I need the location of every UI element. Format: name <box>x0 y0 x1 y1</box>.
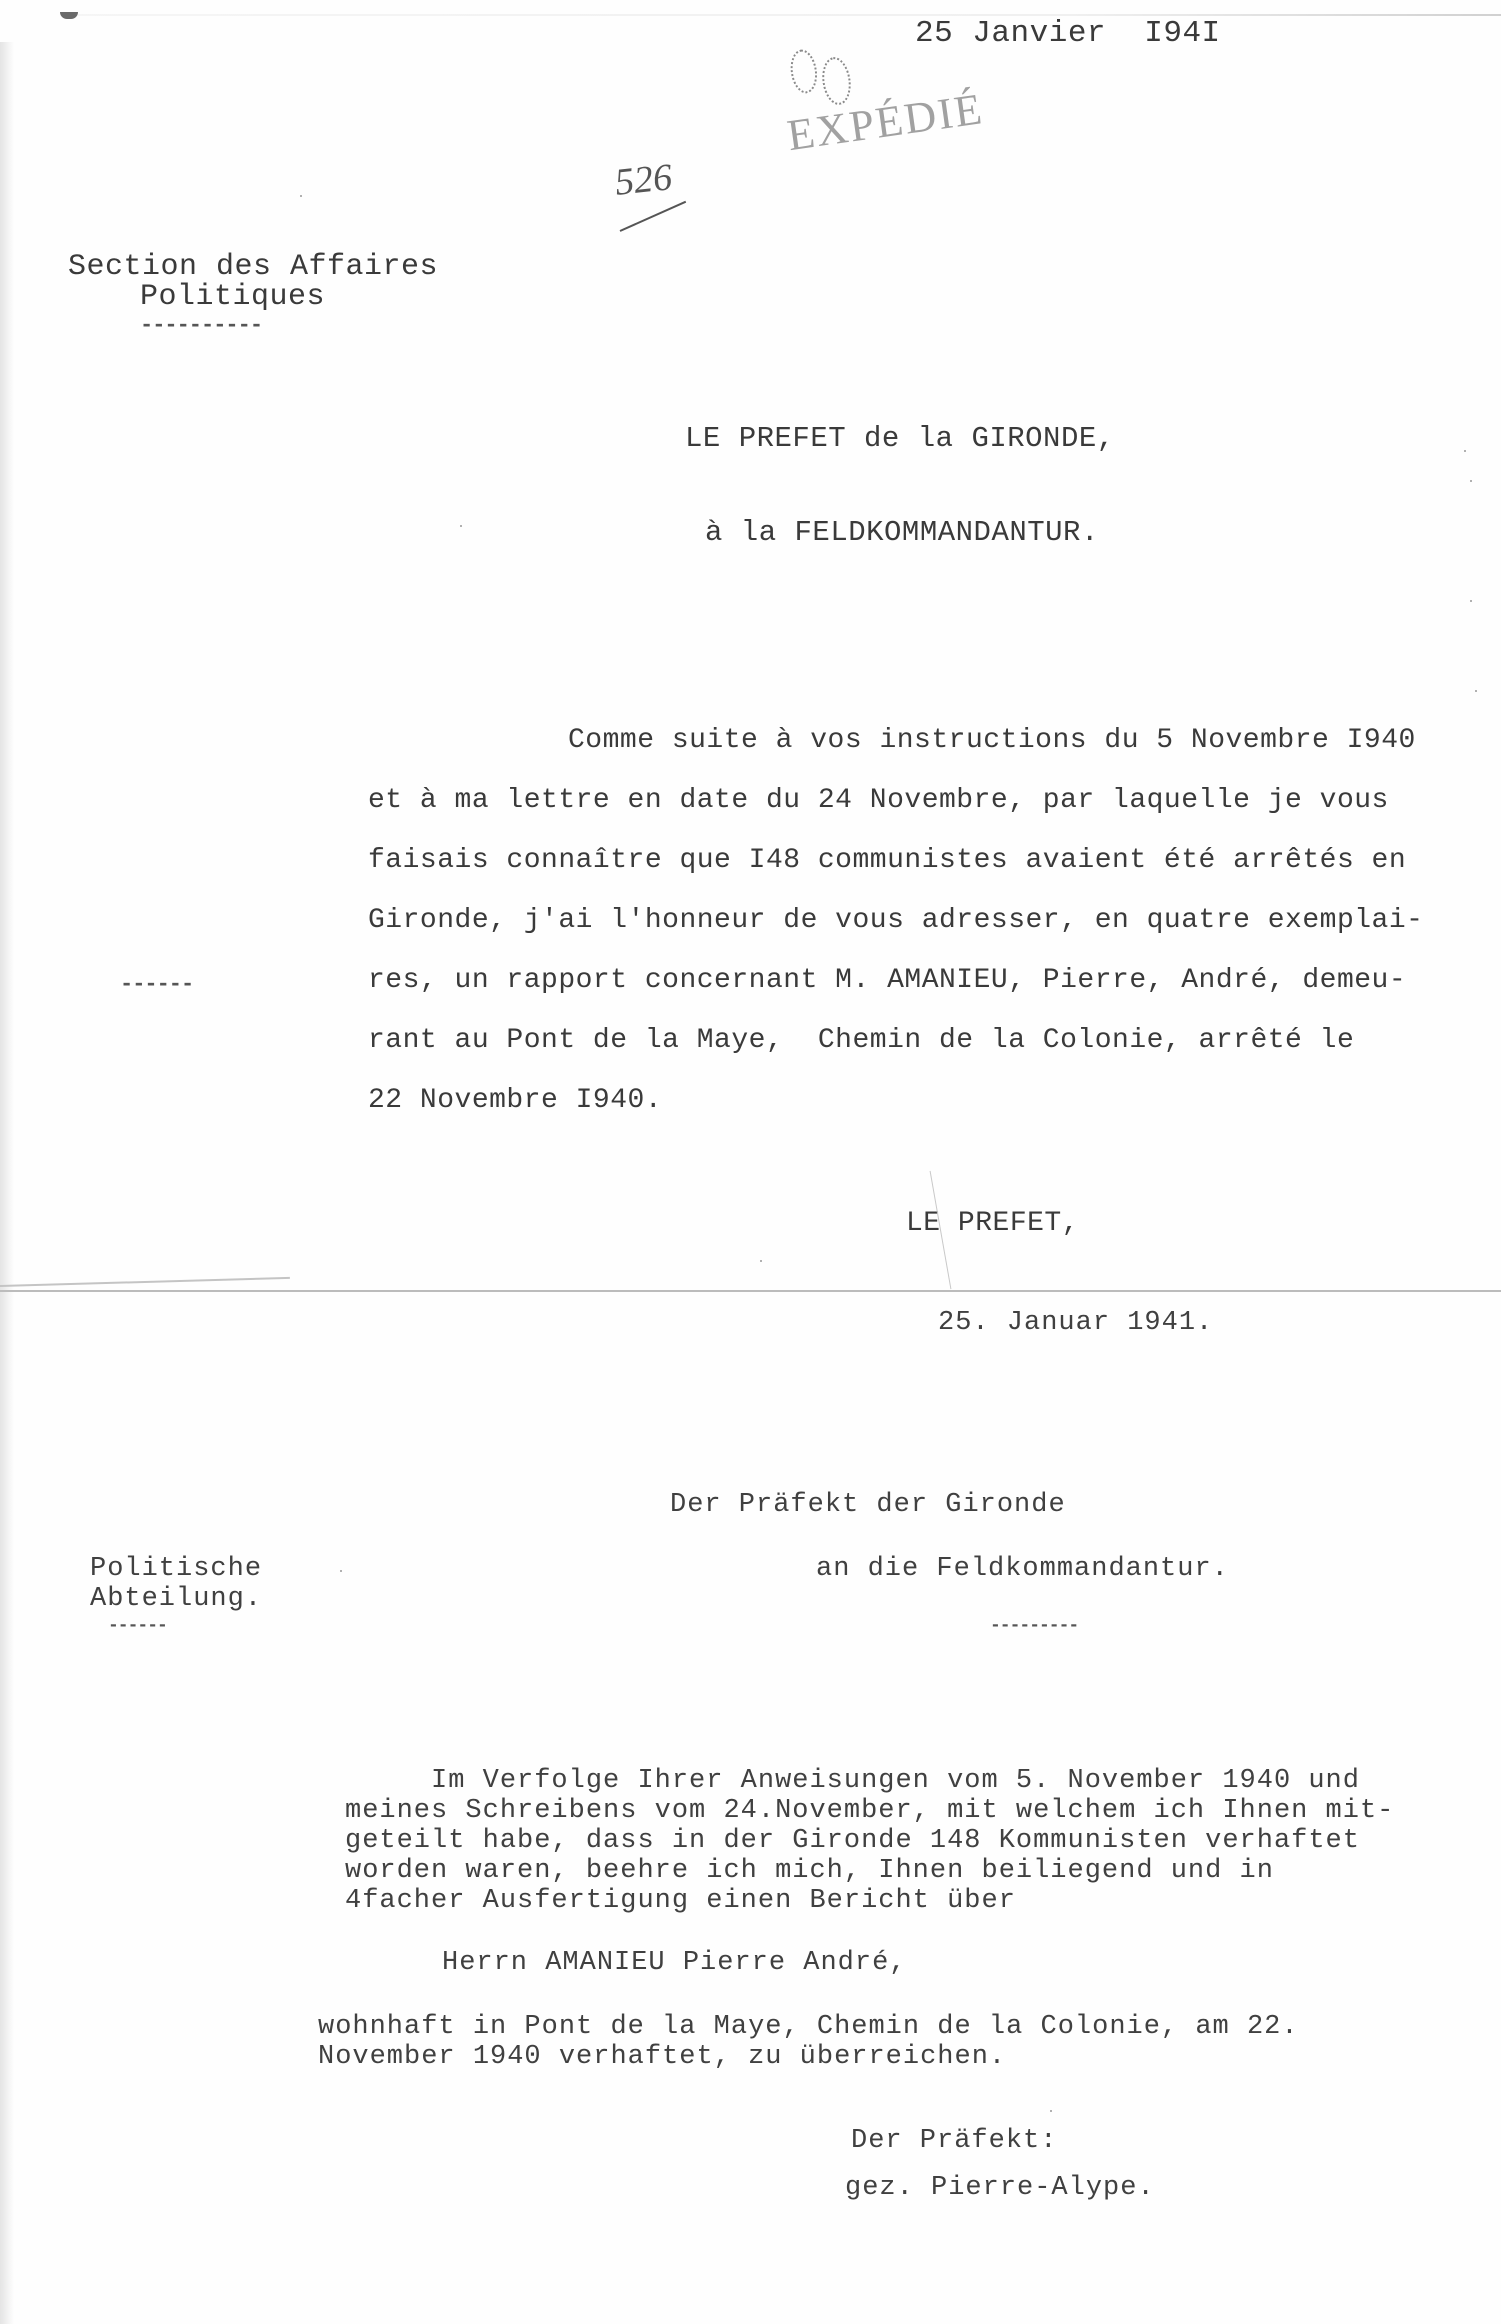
french-body-line: faisais connaître que I48 communistes av… <box>368 847 1406 875</box>
french-body-line: et à ma lettre en date du 24 Novembre, p… <box>368 787 1389 815</box>
german-body-line: meines Schreibens vom 24.November, mit w… <box>345 1798 1394 1825</box>
scan-speck <box>1464 450 1466 452</box>
scan-speck <box>300 195 302 197</box>
stamp-ring-icon <box>819 55 853 106</box>
german-body-line: worden waren, beehre ich mich, Ihnen bei… <box>345 1858 1274 1885</box>
stamp-ring-icon <box>788 48 820 95</box>
german-sender: Der Präfekt der Gironde <box>670 1492 1066 1519</box>
paper-top-edge <box>60 14 1501 16</box>
expedie-stamp: EXPÉDIÉ <box>768 19 1022 171</box>
german-signature-name: gez. Pierre-Alype. <box>845 2175 1155 2202</box>
german-date: 25. Januar 1941. <box>938 1310 1213 1337</box>
scan-speck <box>1050 2110 1052 2112</box>
scan-speck <box>460 525 462 527</box>
german-body-line: 4facher Ausfertigung einen Bericht über <box>345 1888 1016 1915</box>
scan-speck <box>760 1260 762 1262</box>
german-subject-name: Herrn AMANIEU Pierre André, <box>442 1950 906 1977</box>
stamp-text: EXPÉDIÉ <box>784 83 986 161</box>
staple-mark <box>60 12 78 19</box>
handwritten-number: 526 <box>613 155 674 205</box>
french-body-line: rant au Pont de la Maye, Chemin de la Co… <box>368 1027 1354 1055</box>
german-body-line: geteilt habe, dass in der Gironde 148 Ko… <box>345 1828 1360 1855</box>
french-body-line: Gironde, j'ai l'honneur de vous adresser… <box>368 907 1423 935</box>
french-body-line: 22 Novembre I940. <box>368 1087 662 1115</box>
german-recipient-rule: --------- <box>990 1616 1078 1636</box>
german-department-line-1: Politische <box>90 1556 262 1583</box>
department-line-2: Politiques <box>140 282 325 312</box>
french-sender: LE PREFET de la GIRONDE, <box>685 424 1115 453</box>
scan-speck <box>340 1570 342 1572</box>
paper-fold-line <box>0 1277 290 1287</box>
scan-edge-shadow <box>0 42 14 2324</box>
french-recipient: à la FELDKOMMANDANTUR. <box>705 518 1099 547</box>
german-department-rule: ------ <box>108 1616 167 1636</box>
department-line-1: Section des Affaires <box>68 252 438 282</box>
french-signature: LE PREFET, <box>906 1210 1079 1238</box>
paper-fold-line <box>0 1290 1501 1292</box>
scan-speck <box>1470 600 1472 602</box>
margin-rule: ------ <box>120 972 193 997</box>
scan-speck <box>1470 480 1472 482</box>
german-signature-title: Der Präfekt: <box>851 2128 1057 2155</box>
document-page: 25 Janvier I94I EXPÉDIÉ 526 Section des … <box>0 0 1501 2324</box>
scan-speck <box>1475 690 1477 692</box>
french-body-line: res, un rapport concernant M. AMANIEU, P… <box>368 967 1406 995</box>
german-address-line: wohnhaft in Pont de la Maye, Chemin de l… <box>318 2014 1299 2041</box>
french-body-line: Comme suite à vos instructions du 5 Nove… <box>568 727 1416 755</box>
handwritten-underline <box>620 201 687 232</box>
german-body-line: Im Verfolge Ihrer Anweisungen vom 5. Nov… <box>345 1768 1360 1795</box>
german-department-line-2: Abteilung. <box>90 1586 262 1613</box>
department-rule: ---------- <box>140 313 262 338</box>
german-address-line: November 1940 verhaftet, zu überreichen. <box>318 2044 1006 2071</box>
german-recipient: an die Feldkommandantur. <box>816 1556 1229 1583</box>
